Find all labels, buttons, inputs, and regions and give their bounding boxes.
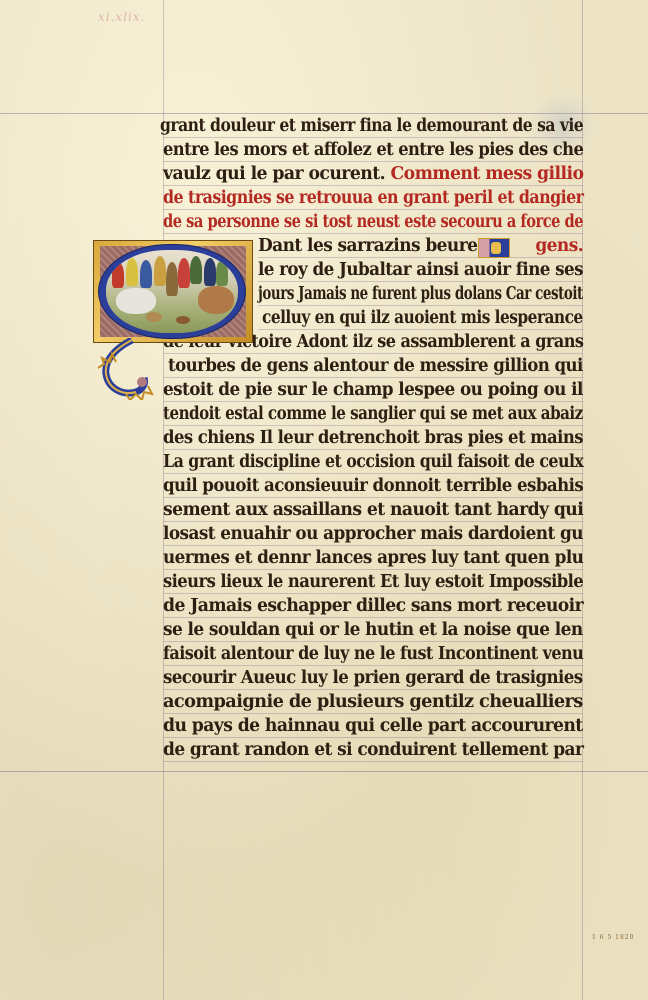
line-ruling: [258, 257, 583, 258]
fallen-soldier: [176, 316, 190, 324]
line-ruling: [163, 521, 583, 522]
line-ruling: [258, 305, 583, 306]
text-line: vaulz qui le par ocurent. Comment mess g…: [163, 162, 583, 186]
text-line: tendoit estal comme le sanglier qui se m…: [163, 402, 583, 426]
line-ruling: [163, 449, 583, 450]
soldier: [178, 258, 190, 288]
text-line: le roy de Jubaltar ainsi auoir fine ses: [258, 258, 583, 282]
manuscript-page: xi.xlix. 1 6 5 1820 grant douleur et mis…: [0, 0, 648, 1000]
line-ruling: [163, 425, 583, 426]
historiated-initial: [93, 240, 253, 343]
line-ruling: [163, 761, 583, 762]
text-line: tourbes de gens alentour de messire gill…: [168, 354, 583, 378]
text-line: secourir Aueuc luy le prien gerard de tr…: [163, 666, 583, 690]
soldier: [190, 256, 202, 284]
battle-scene-miniature: [106, 250, 238, 333]
text-line: sement aux assaillans et nauoit tant har…: [163, 498, 583, 522]
folio-mark-bottom: 1 6 5 1820: [592, 934, 634, 941]
soldier: [126, 258, 138, 286]
line-ruling: [258, 329, 583, 330]
line-ruling: [163, 161, 583, 162]
fallen-soldier: [146, 312, 162, 322]
line-ruling: [163, 641, 583, 642]
text-line: sieurs lieux le naurerent Et luy estoit …: [163, 570, 583, 594]
line-ruling: [163, 545, 583, 546]
soldier: [154, 256, 166, 286]
text-line: des chiens Il leur detrenchoit bras pies…: [163, 426, 583, 450]
text-line: acompaignie de plusieurs gentilz cheuall…: [163, 690, 583, 714]
text-line: se le souldan qui or le hutin et la nois…: [163, 618, 583, 642]
line-ruling: [163, 569, 583, 570]
line-ruling: [258, 281, 583, 282]
line-ruling: [163, 401, 583, 402]
soldier: [204, 258, 216, 286]
text-line: jours Jamais ne furent plus dolans Car c…: [258, 282, 583, 306]
folio-mark-top: xi.xlix.: [98, 10, 145, 24]
soldier: [166, 262, 178, 296]
text-line: quil pouoit aconsieuuir donnoit terrible…: [163, 474, 583, 498]
text-line: estoit de pie sur le champ lespee ou poi…: [163, 378, 583, 402]
soldier: [140, 260, 152, 288]
soldier: [112, 262, 124, 288]
text-line: faisoit alentour de luy ne le fust Incon…: [163, 642, 583, 666]
ruling-bottom: [0, 771, 648, 772]
line-ruling: [163, 665, 583, 666]
line-ruling: [163, 497, 583, 498]
text-line: Dant les sarrazins beurentgens.: [258, 234, 583, 258]
line-ruling: [163, 713, 583, 714]
text-line: celluy en qui ilz auoient mis lesperance: [262, 306, 583, 330]
rubric-word: gens.: [535, 236, 583, 256]
line-ruling: [163, 377, 583, 378]
text-line: du pays de hainnau qui celle part accour…: [163, 714, 583, 738]
text-line: uermes et dennr lances apres luy tant qu…: [163, 546, 583, 570]
line-ruling: [163, 209, 583, 210]
rubric-line: de sa personne se si tost neust este sec…: [163, 210, 583, 234]
text-line: losast enuahir ou approcher mais dardoie…: [163, 522, 583, 546]
text-line: grant douleur et miserr fina le demouran…: [160, 114, 583, 138]
small-illuminated-initial: [478, 238, 510, 258]
line-ruling: [163, 689, 583, 690]
line-ruling: [163, 617, 583, 618]
rubric-heading: Comment mess gillio: [390, 164, 583, 184]
line-ruling: [163, 737, 583, 738]
initial-tail-flourish: [96, 338, 176, 400]
line-ruling: [163, 233, 583, 234]
line-ruling: [163, 137, 583, 138]
text-line: La grant discipline et occision quil fai…: [163, 450, 583, 474]
text-line: entre les mors et affolez et entre les p…: [163, 138, 583, 162]
rubric-line: de trasignies se retrouua en grant peril…: [163, 186, 583, 210]
brown-horse: [198, 286, 234, 314]
line-ruling: [163, 353, 583, 354]
line-ruling: [163, 185, 583, 186]
text-line: de Jamais eschapper dillec sans mort rec…: [163, 594, 583, 618]
white-horse: [116, 288, 156, 314]
line-ruling: [163, 473, 583, 474]
soldier: [216, 260, 228, 286]
text-line: de grant randon et si conduirent telleme…: [163, 738, 583, 762]
line-ruling: [163, 593, 583, 594]
